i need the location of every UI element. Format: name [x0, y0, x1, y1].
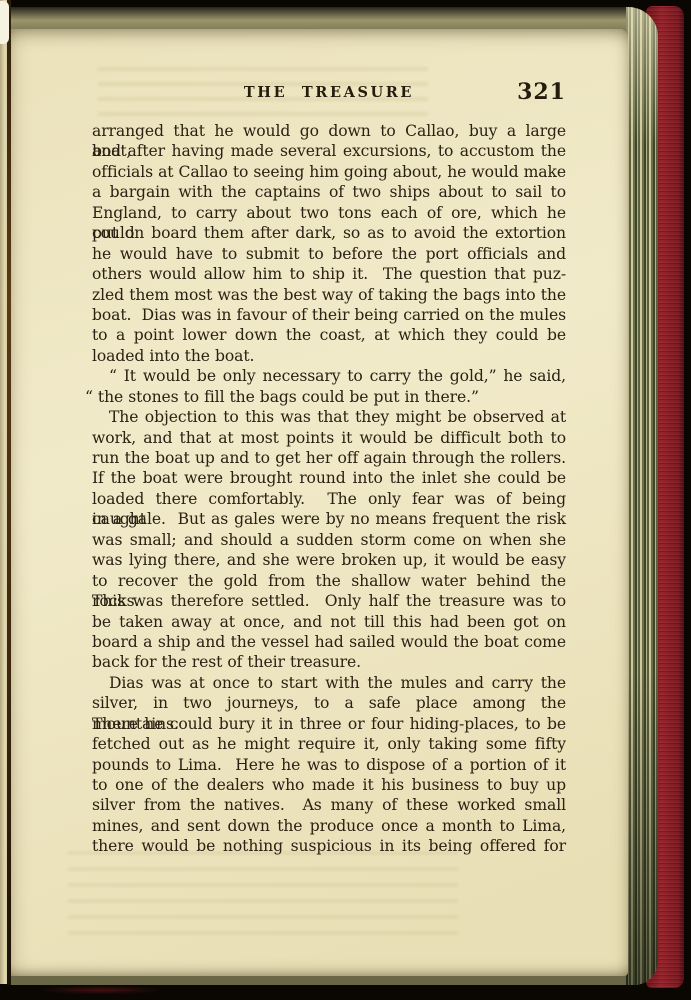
text-line: This was therefore settled. Only half th…: [92, 591, 566, 611]
running-head: THE TREASURE 321: [92, 84, 566, 108]
facing-page-sliver: [0, 0, 7, 984]
text-line: boat. Dias was in favour of their being …: [92, 305, 566, 325]
text-line: silver from the natives. As many of thes…: [92, 795, 566, 815]
book-scan-photo: THE TREASURE 321 arranged that he would …: [0, 0, 691, 1000]
text-line: work, and that at most points it would b…: [92, 428, 566, 448]
text-line: England, to carry about two tons each of…: [92, 203, 566, 223]
text-line: pounds to Lima. Here he was to dispose o…: [92, 755, 566, 775]
text-line: there would be nothing suspicious in its…: [92, 836, 566, 856]
text-line: to one of the dealers who made it his bu…: [92, 775, 566, 795]
text-line: mines, and sent down the produce once a …: [92, 816, 566, 836]
text-line: “ It would be only necessary to carry th…: [92, 366, 566, 386]
text-line: The objection to this was that they migh…: [92, 407, 566, 427]
page-edges-right: [626, 7, 658, 985]
text-line: zled them most was the best way of takin…: [92, 285, 566, 305]
text-line: loaded there comfortably. The only fear …: [92, 489, 566, 509]
text-line: back for the rest of their treasure.: [92, 652, 566, 672]
text-line: If the boat were brought round into the …: [92, 468, 566, 488]
book-page: THE TREASURE 321 arranged that he would …: [8, 29, 628, 976]
text-line: put on board them after dark, so as to a…: [92, 223, 566, 243]
cover-glint: [36, 986, 166, 994]
page-number: 321: [517, 79, 566, 105]
body-text: arranged that he would go down to Callao…: [92, 121, 566, 857]
text-line: fetched out as he might require it, only…: [92, 734, 566, 754]
text-line: in a gale. But as gales were by no means…: [92, 509, 566, 529]
text-line: loaded into the boat.: [92, 346, 566, 366]
text-line: board a ship and the vessel had sailed w…: [92, 632, 566, 652]
text-line: There he could bury it in three or four …: [92, 714, 566, 734]
text-line: Dias was at once to start with the mules…: [92, 673, 566, 693]
text-line: officials at Callao to seeing him going …: [92, 162, 566, 182]
text-line: be taken away at once, and not till this…: [92, 612, 566, 632]
text-line: and after having made several excursions…: [92, 141, 566, 161]
text-line: arranged that he would go down to Callao…: [92, 121, 566, 141]
text-line: others would allow him to ship it. The q…: [92, 264, 566, 284]
text-line: was lying there, and she were broken up,…: [92, 550, 566, 570]
chapter-title: THE TREASURE: [92, 84, 566, 101]
text-line: run the boat up and to get her off again…: [92, 448, 566, 468]
show-through-texture: [68, 851, 458, 943]
text-line: he would have to submit to before the po…: [92, 244, 566, 264]
page-edges-top: [6, 7, 658, 31]
text-line: a bargain with the captains of two ships…: [92, 182, 566, 202]
text-line: to a point lower down the coast, at whic…: [92, 325, 566, 345]
text-line: to recover the gold from the shallow wat…: [92, 571, 566, 591]
text-line: was small; and should a sudden storm com…: [92, 530, 566, 550]
corner-paper-notch: [0, 1, 9, 44]
text-line: “ the stones to fill the bags could be p…: [85, 387, 566, 407]
gutter-shadow: [7, 0, 11, 985]
page-block: THE TREASURE 321 arranged that he would …: [6, 7, 658, 985]
text-line: silver, in two journeys, to a safe place…: [92, 693, 566, 713]
